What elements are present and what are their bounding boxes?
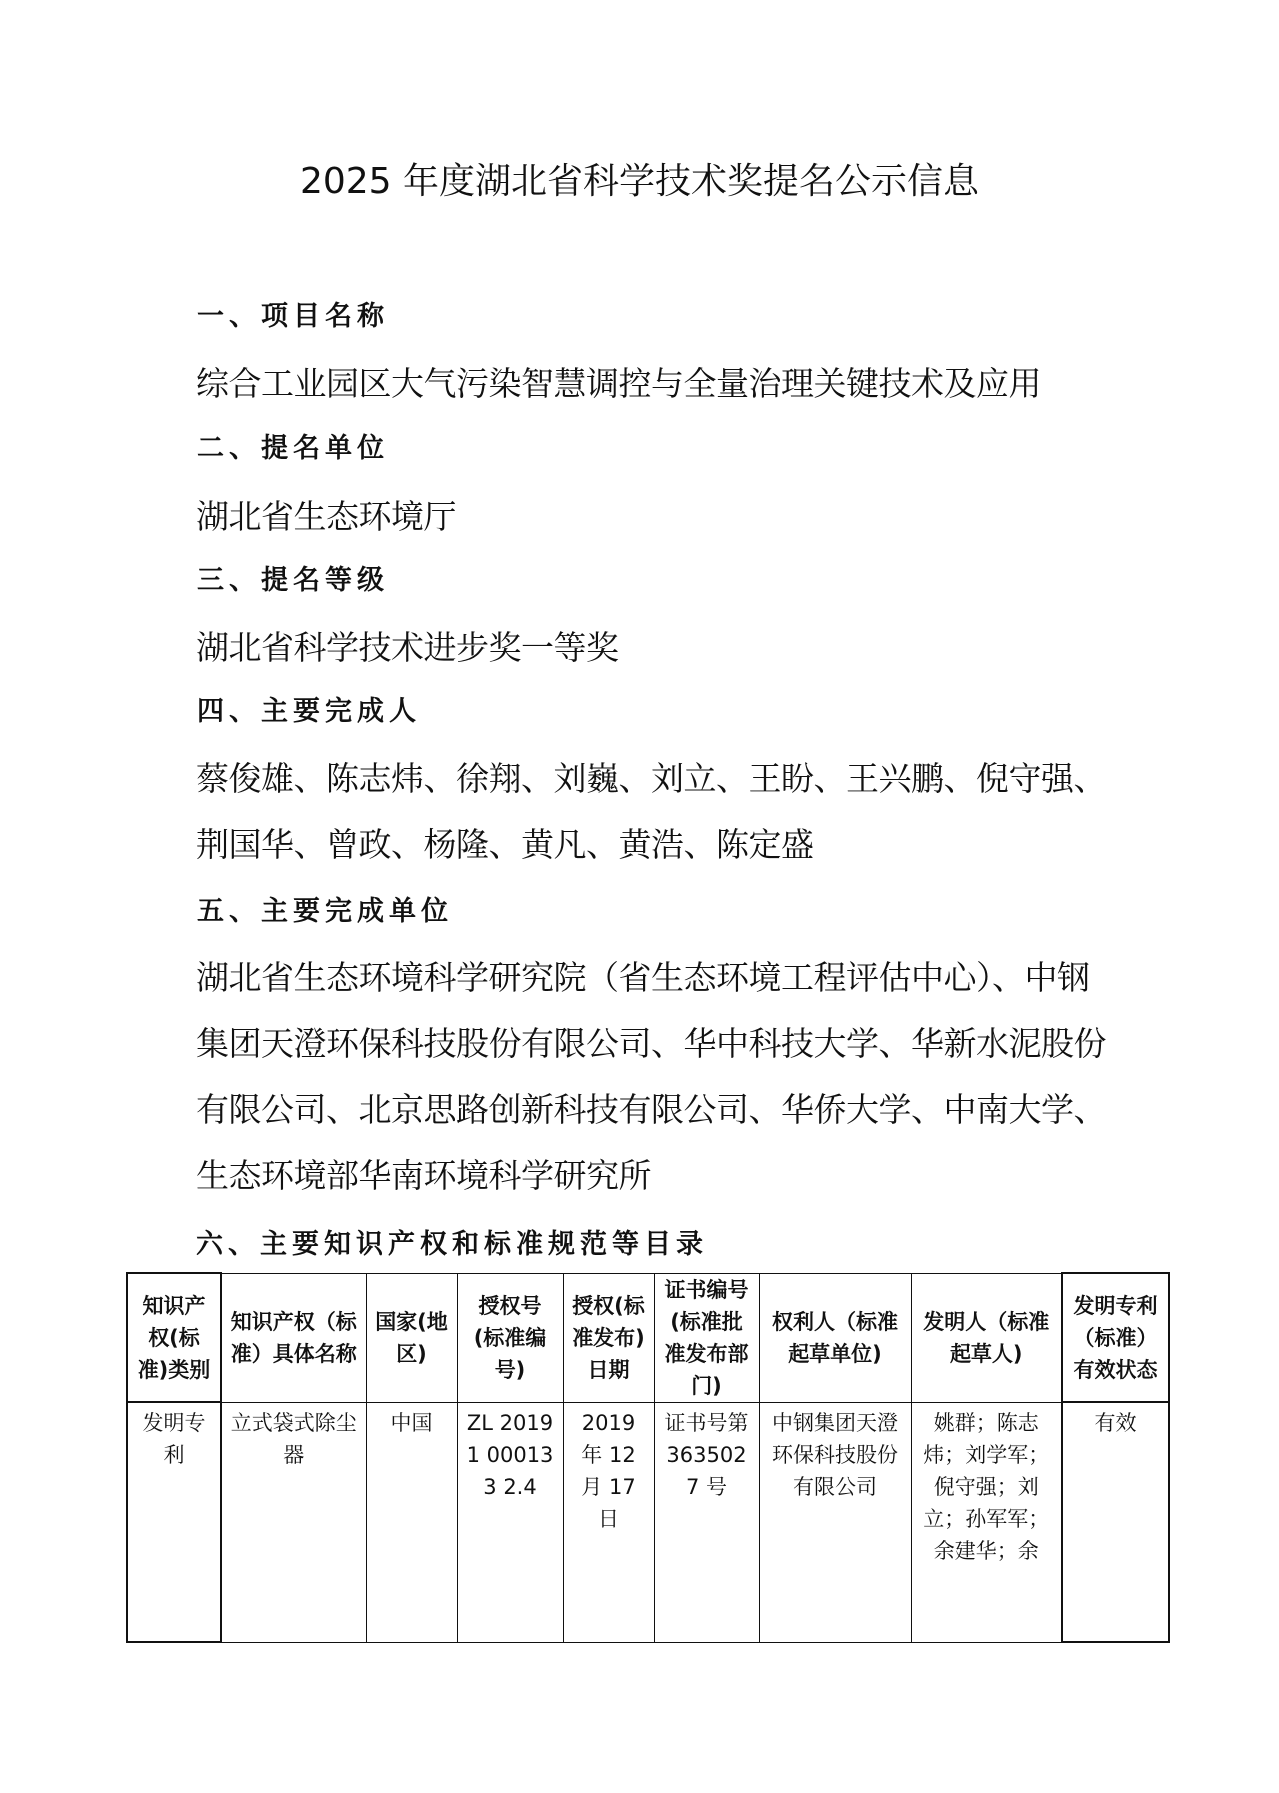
section-body-project-name: 综合工业园区大气污染智慧调控与全量治理关键技术及应用 [196,364,1126,404]
cell-category: 发明专利 [127,1402,221,1642]
cell-certificate-no: 证书号第 3635027 号 [654,1402,759,1642]
header-inventors: 发明人（标准起草人) [911,1273,1062,1402]
cell-inventors: 姚群；陈志炜；刘学军；倪守强；刘立；孙军军；余建华；余 [911,1402,1062,1642]
section-heading-nomination-level: 三、提名等级 [197,564,389,598]
section-body-main-units: 湖北省生态环境科学研究院（省生态环境工程评估中心）、中钢集团天澄环保科技股份有限… [196,945,1116,1209]
section-body-nomination-level: 湖北省科学技术进步奖一等奖 [196,628,1126,668]
header-ip-category: 知识产权(标准)类别 [127,1273,221,1402]
section-body-nominating-unit: 湖北省生态环境厅 [196,497,1126,537]
table-row: 发明专利 立式袋式除尘器 中国 ZL 2019 1 000133 2.4 201… [127,1402,1169,1642]
ip-table-header-row: 知识产权(标准)类别 知识产权（标准）具体名称 国家(地区) 授权号(标准编号)… [127,1273,1169,1402]
cell-owner: 中钢集团天澄环保科技股份有限公司 [759,1402,911,1642]
section-heading-nominating-unit: 二、提名单位 [197,432,389,466]
ip-table: 知识产权(标准)类别 知识产权（标准）具体名称 国家(地区) 授权号(标准编号)… [126,1272,1170,1643]
cell-grant-date: 2019 年 12 月 17 日 [563,1402,654,1642]
section-heading-main-contributors: 四、主要完成人 [197,695,421,729]
section-body-main-contributors: 蔡俊雄、陈志炜、徐翔、刘巍、刘立、王盼、王兴鹏、倪守强、荆国华、曾政、杨隆、黄凡… [196,746,1116,878]
cell-name: 立式袋式除尘器 [221,1402,366,1642]
section-heading-ip-catalog: 六、主要知识产权和标准规范等目录 [196,1228,708,1262]
header-status: 发明专利（标准）有效状态 [1062,1273,1169,1402]
header-certificate-no: 证书编号(标准批准发布部门) [654,1273,759,1402]
section-heading-main-units: 五、主要完成单位 [197,895,453,929]
header-grant-date: 授权(标准发布)日期 [563,1273,654,1402]
section-heading-project-name: 一、项目名称 [197,300,389,334]
header-owner: 权利人（标准起草单位) [759,1273,911,1402]
header-country: 国家(地区) [366,1273,457,1402]
cell-status: 有效 [1062,1402,1169,1642]
cell-grant-no: ZL 2019 1 000133 2.4 [457,1402,563,1642]
cell-country: 中国 [366,1402,457,1642]
page-title: 2025 年度湖北省科学技术奖提名公示信息 [0,160,1279,204]
header-ip-name: 知识产权（标准）具体名称 [221,1273,366,1402]
header-grant-no: 授权号(标准编号) [457,1273,563,1402]
